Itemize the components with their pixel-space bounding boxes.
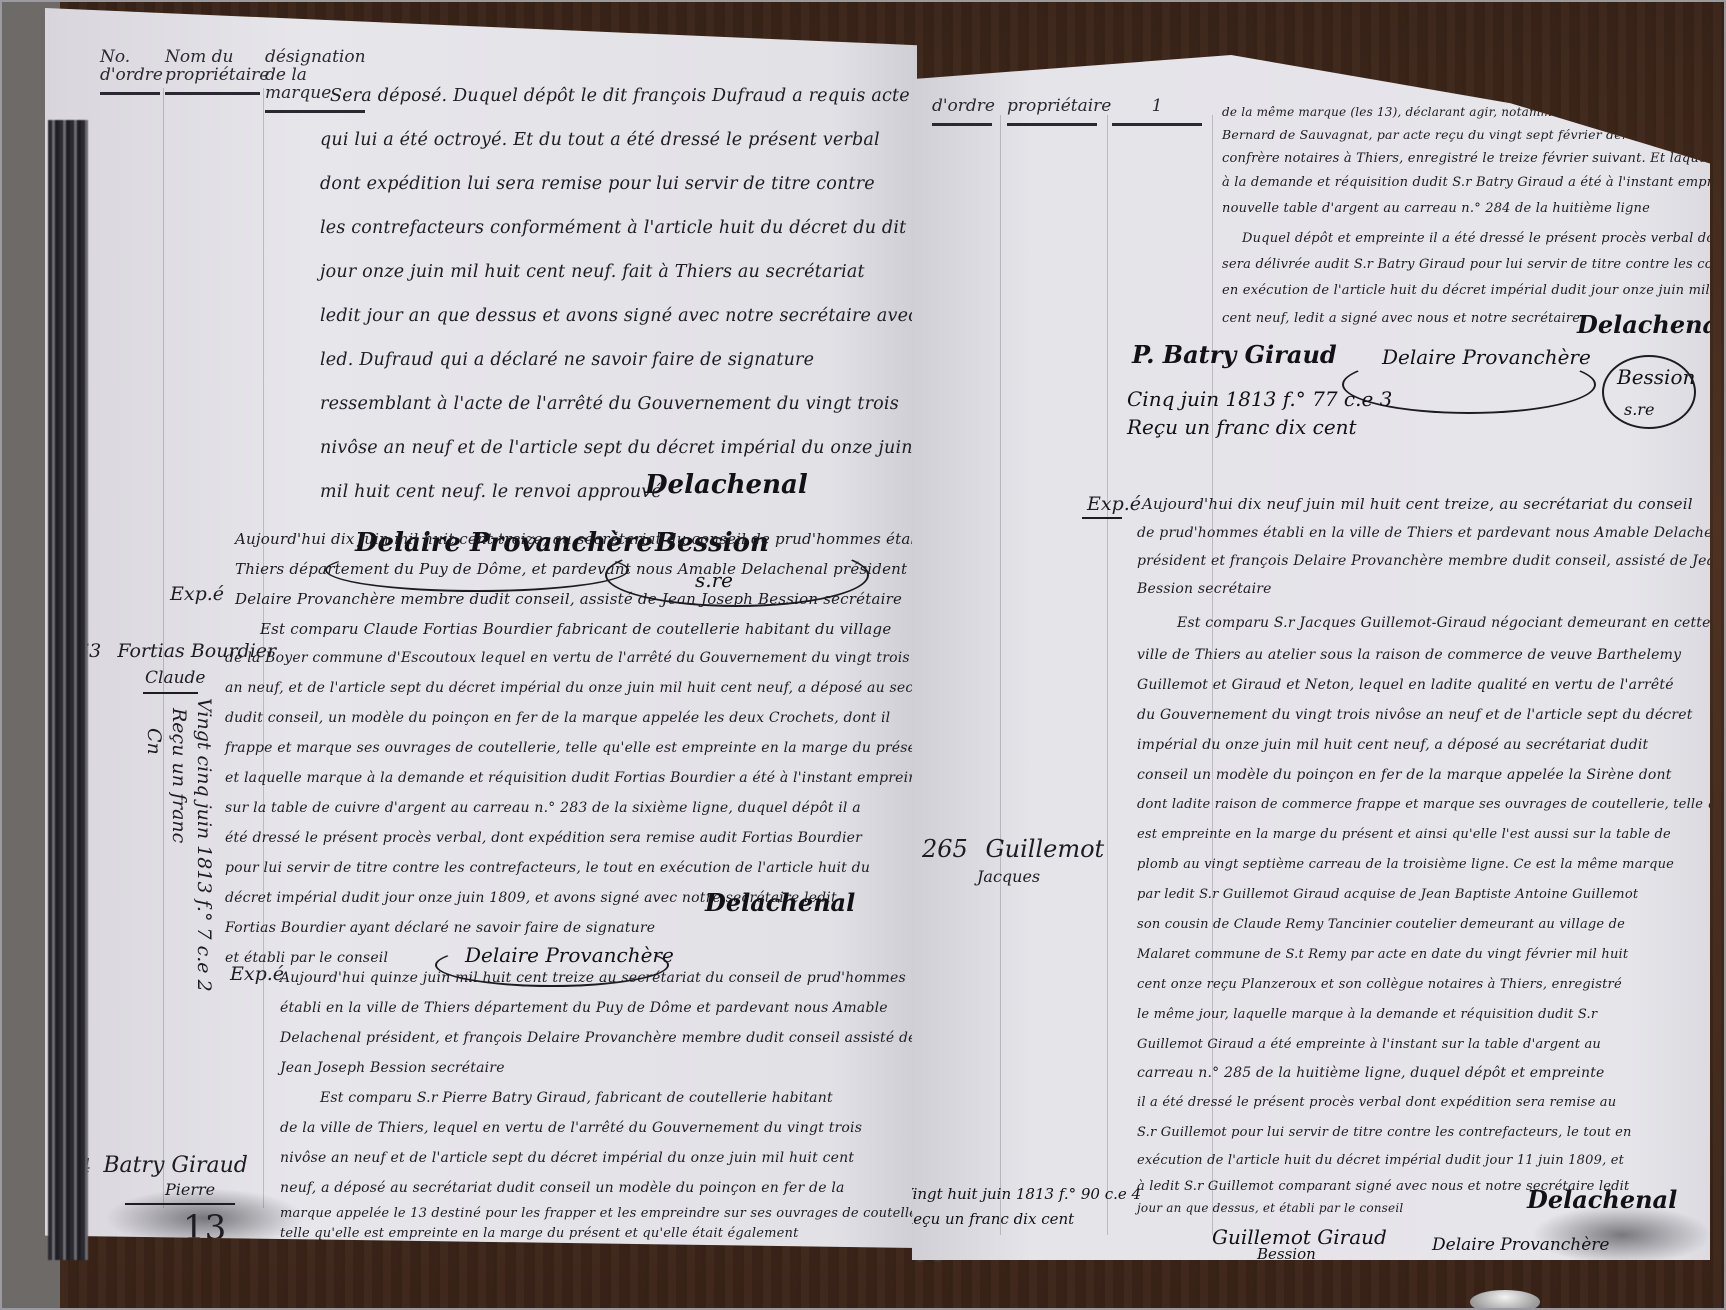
text-line: son cousin de Claude Remy Tancinier cout… bbox=[1137, 917, 1625, 932]
text-line: nouvelle table d'argent au carreau n.° 2… bbox=[1222, 201, 1650, 216]
text-line: de la Boyer commune d'Escoutoux lequel e… bbox=[225, 650, 961, 666]
text-line: ressemblant à l'acte de l'arrêté du Gouv… bbox=[320, 394, 899, 414]
text-line: S.r Guillemot pour lui servir de titre c… bbox=[1137, 1125, 1632, 1140]
registration-fee-note: Reçu un franc bbox=[168, 708, 190, 843]
text-line: jour an que dessus, et établi par le con… bbox=[1137, 1201, 1403, 1215]
column-rule bbox=[1107, 115, 1108, 1235]
text-line: impérial du onze juin mil huit cent neuf… bbox=[1137, 737, 1648, 753]
owner-firstname: Jacques bbox=[977, 867, 1040, 886]
seal-circle bbox=[1602, 355, 1696, 429]
text-line: neuf, a déposé au secrétariat dudit cons… bbox=[280, 1180, 845, 1196]
text-line: Thiers département du Puy de Dôme, et pa… bbox=[235, 560, 995, 578]
text-line: dont expédition lui sera remise pour lui… bbox=[320, 174, 875, 194]
text-line: carreau n.° 285 de la huitième ligne, du… bbox=[1137, 1065, 1605, 1081]
text-line: en exécution de l'article huit du décret… bbox=[1222, 283, 1726, 298]
text-line: Guillemot et Giraud et Neton, lequel en … bbox=[1137, 677, 1674, 693]
registration-fee-note: Reçu un franc dix cent bbox=[1127, 415, 1357, 439]
text-line: an neuf, et de l'article sept du décret … bbox=[225, 680, 969, 696]
text-line: à la demande et réquisition dudit S.r Ba… bbox=[1222, 175, 1726, 190]
text-line: confrère notaires à Thiers, enregistré l… bbox=[1222, 151, 1726, 166]
owner-firstname: Claude bbox=[145, 668, 205, 688]
header-order-number: No. d'ordre bbox=[100, 48, 160, 95]
header-owner-name: Nom du propriétaire bbox=[165, 48, 260, 95]
left-page: No. d'ordre Nom du propriétaire désignat… bbox=[45, 8, 917, 1248]
header-mark-designation: 1 bbox=[1112, 97, 1202, 126]
registration-note: Vingt cinq juin 1813 f.° 7 c.e 2 bbox=[193, 698, 215, 992]
right-page: d'ordre propriétaire 1 de la même marque… bbox=[912, 55, 1710, 1260]
text-line: ledit jour an que dessus et avons signé … bbox=[320, 306, 918, 326]
underline bbox=[143, 692, 198, 694]
text-line: Malaret commune de S.t Remy par acte en … bbox=[1137, 947, 1628, 962]
text-line: Sera déposé. Duquel dépôt le dit françoi… bbox=[330, 86, 910, 106]
text-line: pour lui servir de titre contre les cont… bbox=[225, 860, 870, 876]
text-line: plomb au vingt septième carreau de la tr… bbox=[1137, 857, 1674, 872]
text-line: de prud'hommes établi en la ville de Thi… bbox=[1137, 525, 1726, 541]
text-line: sur la table de cuivre d'argent au carre… bbox=[225, 800, 861, 816]
text-line: Est comparu S.r Pierre Batry Giraud, fab… bbox=[320, 1090, 833, 1106]
text-line: est empreinte en la marge du présent et … bbox=[1137, 827, 1671, 842]
expedition-label: Exp.é bbox=[1087, 493, 1141, 515]
text-line: président et françois Delaire Provanchèr… bbox=[1137, 553, 1726, 569]
text-line: Aujourd'hui quinze juin mil huit cent tr… bbox=[280, 970, 906, 986]
text-line: du Gouvernement du vingt trois nivôse an… bbox=[1137, 707, 1693, 723]
signature-delachenal: Delachenal bbox=[705, 888, 855, 917]
expedition-label: Exp.é bbox=[230, 963, 284, 985]
text-line: qui lui a été octroyé. Et du tout a été … bbox=[320, 130, 880, 150]
page-edges bbox=[48, 120, 88, 1260]
text-line: nivôse an neuf et de l'article sept du d… bbox=[320, 438, 913, 458]
text-line: il a été dressé le présent procès verbal… bbox=[1137, 1095, 1616, 1110]
text-line: nivôse an neuf et de l'article sept du d… bbox=[280, 1150, 854, 1166]
text-line: dudit conseil, un modèle du poinçon en f… bbox=[225, 710, 890, 726]
text-line: ville de Thiers au atelier sous la raiso… bbox=[1137, 647, 1681, 663]
text-line: et laquelle marque à la demande et réqui… bbox=[225, 770, 932, 786]
text-line: dont ladite raison de commerce frappe et… bbox=[1137, 797, 1726, 812]
text-line: Fortias Bourdier ayant déclaré ne savoir… bbox=[225, 920, 655, 936]
text-line: frappe et marque ses ouvrages de coutell… bbox=[225, 740, 936, 756]
text-line: Bession secrétaire bbox=[1137, 581, 1272, 597]
text-line: marque appelée le 13 destiné pour les fr… bbox=[280, 1206, 936, 1221]
text-line: Duquel dépôt et empreinte il a été dress… bbox=[1242, 231, 1726, 246]
text-line: le même jour, laquelle marque à la deman… bbox=[1137, 1007, 1597, 1022]
text-line: Delachenal président, et françois Delair… bbox=[280, 1030, 917, 1046]
signature-delachenal: Delachenal bbox=[645, 470, 808, 500]
signature-delachenal: Delachenal bbox=[1577, 310, 1726, 339]
text-line: telle qu'elle est empreinte en la marge … bbox=[280, 1226, 799, 1241]
text-line: de la ville de Thiers, lequel en vertu d… bbox=[280, 1120, 862, 1136]
header-owner-name: propriétaire bbox=[1007, 97, 1097, 126]
header-order-number: d'ordre bbox=[932, 97, 992, 126]
registration-note: Vingt huit juin 1813 f.° 90 c.e 4 bbox=[902, 1185, 1141, 1203]
table-knob bbox=[1470, 1290, 1540, 1310]
owner-name: Batry Giraud bbox=[103, 1153, 248, 1178]
owner-name: Guillemot bbox=[985, 835, 1104, 863]
text-line: mil huit cent neuf. le renvoi approuvé bbox=[320, 482, 662, 502]
text-line: cent onze reçu Planzeroux et son collègu… bbox=[1137, 977, 1622, 992]
text-line: sera délivrée audit S.r Batry Giraud pou… bbox=[1222, 257, 1726, 272]
text-line: Guillemot Giraud a été empreinte à l'ins… bbox=[1137, 1037, 1601, 1052]
page-stain bbox=[1532, 1205, 1712, 1265]
column-rule bbox=[1000, 115, 1001, 1235]
entry-265-owner: 265 Guillemot bbox=[922, 835, 1104, 863]
signature-batry-giraud: P. Batry Giraud bbox=[1132, 340, 1337, 369]
text-line: conseil un modèle du poinçon en fer de l… bbox=[1137, 767, 1672, 783]
text-line: cent neuf, ledit a signé avec nous et no… bbox=[1222, 311, 1580, 326]
text-line: Jean Joseph Bession secrétaire bbox=[280, 1060, 505, 1076]
expedition-label: Exp.é bbox=[170, 583, 224, 605]
underline bbox=[1082, 517, 1122, 519]
text-line: par ledit S.r Guillemot Giraud acquise d… bbox=[1137, 887, 1638, 902]
registration-fee-note: Reçu un franc dix cent bbox=[902, 1210, 1074, 1228]
text-line: établi en la ville de Thiers département… bbox=[280, 1000, 888, 1016]
registration-note: Cinq juin 1813 f.° 77 c.e 3 bbox=[1127, 387, 1392, 411]
text-line: led. Dufraud qui a déclaré ne savoir fai… bbox=[320, 350, 814, 370]
text-line: les contrefacteurs conformément à l'arti… bbox=[320, 218, 906, 238]
text-line: Delaire Provanchère membre dudit conseil… bbox=[235, 590, 902, 608]
text-line: Aujourd'hui dix neuf juin mil huit cent … bbox=[1142, 495, 1693, 513]
registration-initials: Cn bbox=[143, 728, 165, 755]
entry-number: 265 bbox=[922, 835, 968, 863]
text-line: exécution de l'article huit du décret im… bbox=[1137, 1153, 1624, 1168]
text-line: Est comparu Claude Fortias Bourdier fabr… bbox=[260, 620, 891, 638]
text-line: jour onze juin mil huit cent neuf. fait … bbox=[320, 262, 865, 282]
text-line: été dressé le présent procès verbal, don… bbox=[225, 830, 862, 846]
text-line: Est comparu S.r Jacques Guillemot-Giraud… bbox=[1177, 615, 1711, 631]
